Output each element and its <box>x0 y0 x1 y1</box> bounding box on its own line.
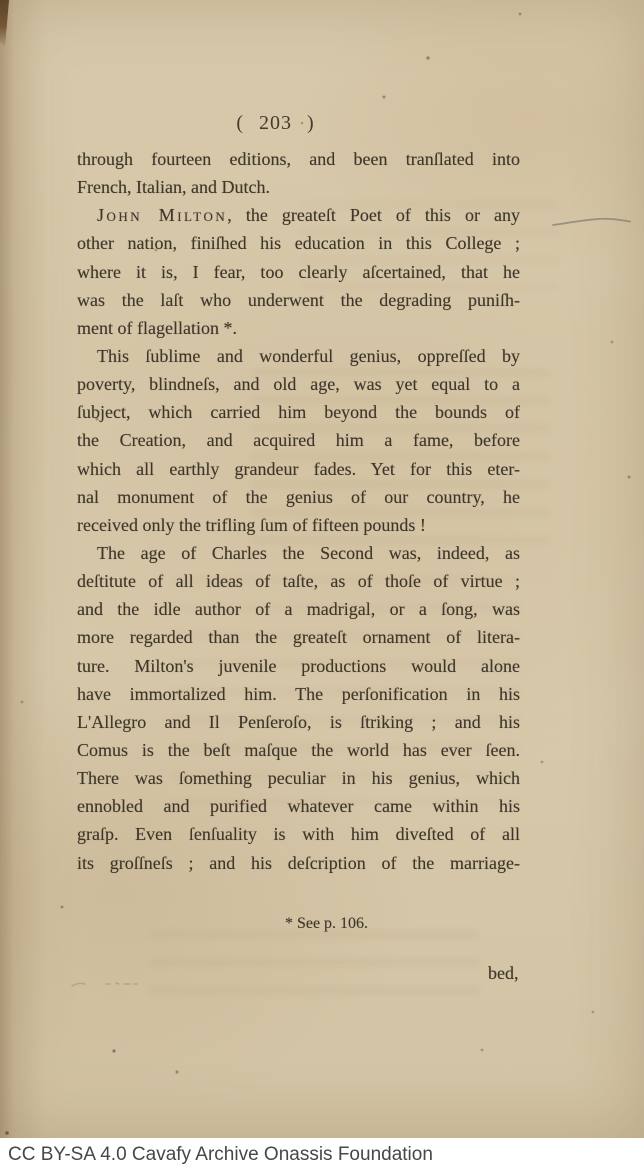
body-line: more regarded than the greateſt ornament… <box>77 623 520 651</box>
body-line: ennobled and purified whatever came with… <box>77 792 520 820</box>
body-line: where it is, I fear, too clearly aſcerta… <box>77 258 520 286</box>
body-line: There was ſomething peculiar in his geni… <box>77 764 520 792</box>
body-line: its groſſneſs ; and his deſcription of t… <box>77 849 520 877</box>
body-line: French, Italian, and Dutch. <box>77 173 520 201</box>
paper-specks <box>0 0 2 2</box>
bleed-through <box>150 930 480 1000</box>
body-line: poverty, blindneſs, and old age, was yet… <box>77 370 520 398</box>
body-line: have immortalized him. The perſonificati… <box>77 680 520 708</box>
body-line: was the laſt who underwent the degrading… <box>77 286 520 314</box>
footnote: * See p. 106. <box>105 915 548 933</box>
pencil-scribble-mark <box>70 976 170 992</box>
body-line: graſp. Even ſenſuality is with him diveſ… <box>77 820 520 848</box>
body-line: John Milton, the greateſt Poet of this o… <box>77 201 520 229</box>
body-line: other nation, finiſhed his education in … <box>77 229 520 257</box>
body-line: and the idle author of a madrigal, or a … <box>77 595 520 623</box>
page-number-header: ( 203 ) <box>54 112 497 135</box>
body-line: ment of flagellation *. <box>77 314 520 342</box>
body-line: nal monument of the genius of our countr… <box>77 483 520 511</box>
license-text: CC BY-SA 4.0 Cavafy Archive Onassis Foun… <box>0 1138 644 1172</box>
book-page-scan: ( 203 ) through fourteen editions, and b… <box>0 0 644 1173</box>
body-line: which all earthly grandeur fades. Yet fo… <box>77 455 520 483</box>
milton-smallcaps: John Milton <box>97 205 227 225</box>
pencil-underline-mark <box>552 214 632 230</box>
body-line: The age of Charles the Second was, indee… <box>77 539 520 567</box>
body-line: the Creation, and acquired him a fame, b… <box>77 426 520 454</box>
license-bar: CC BY-SA 4.0 Cavafy Archive Onassis Foun… <box>0 1138 644 1173</box>
body-line: received only the trifling ſum of fiftee… <box>77 511 520 539</box>
main-text-block: through fourteen editions, and been tran… <box>77 145 520 877</box>
body-line: Comus is the beſt maſque the world has e… <box>77 736 520 764</box>
body-line: ture. Milton's juvenile productions woul… <box>77 652 520 680</box>
body-line: ſubject, which carried him beyond the bo… <box>77 398 520 426</box>
body-line: deſtitute of all ideas of taſte, as of t… <box>77 567 520 595</box>
line-continuation: , the greateſt Poet of this or any <box>227 205 520 225</box>
body-line: This ſublime and wonderful genius, oppre… <box>77 342 520 370</box>
body-line: through fourteen editions, and been tran… <box>77 145 520 173</box>
body-line: L'Allegro and Il Penſeroſo, is ſtriking … <box>77 708 520 736</box>
catchword: bed, <box>488 963 519 984</box>
